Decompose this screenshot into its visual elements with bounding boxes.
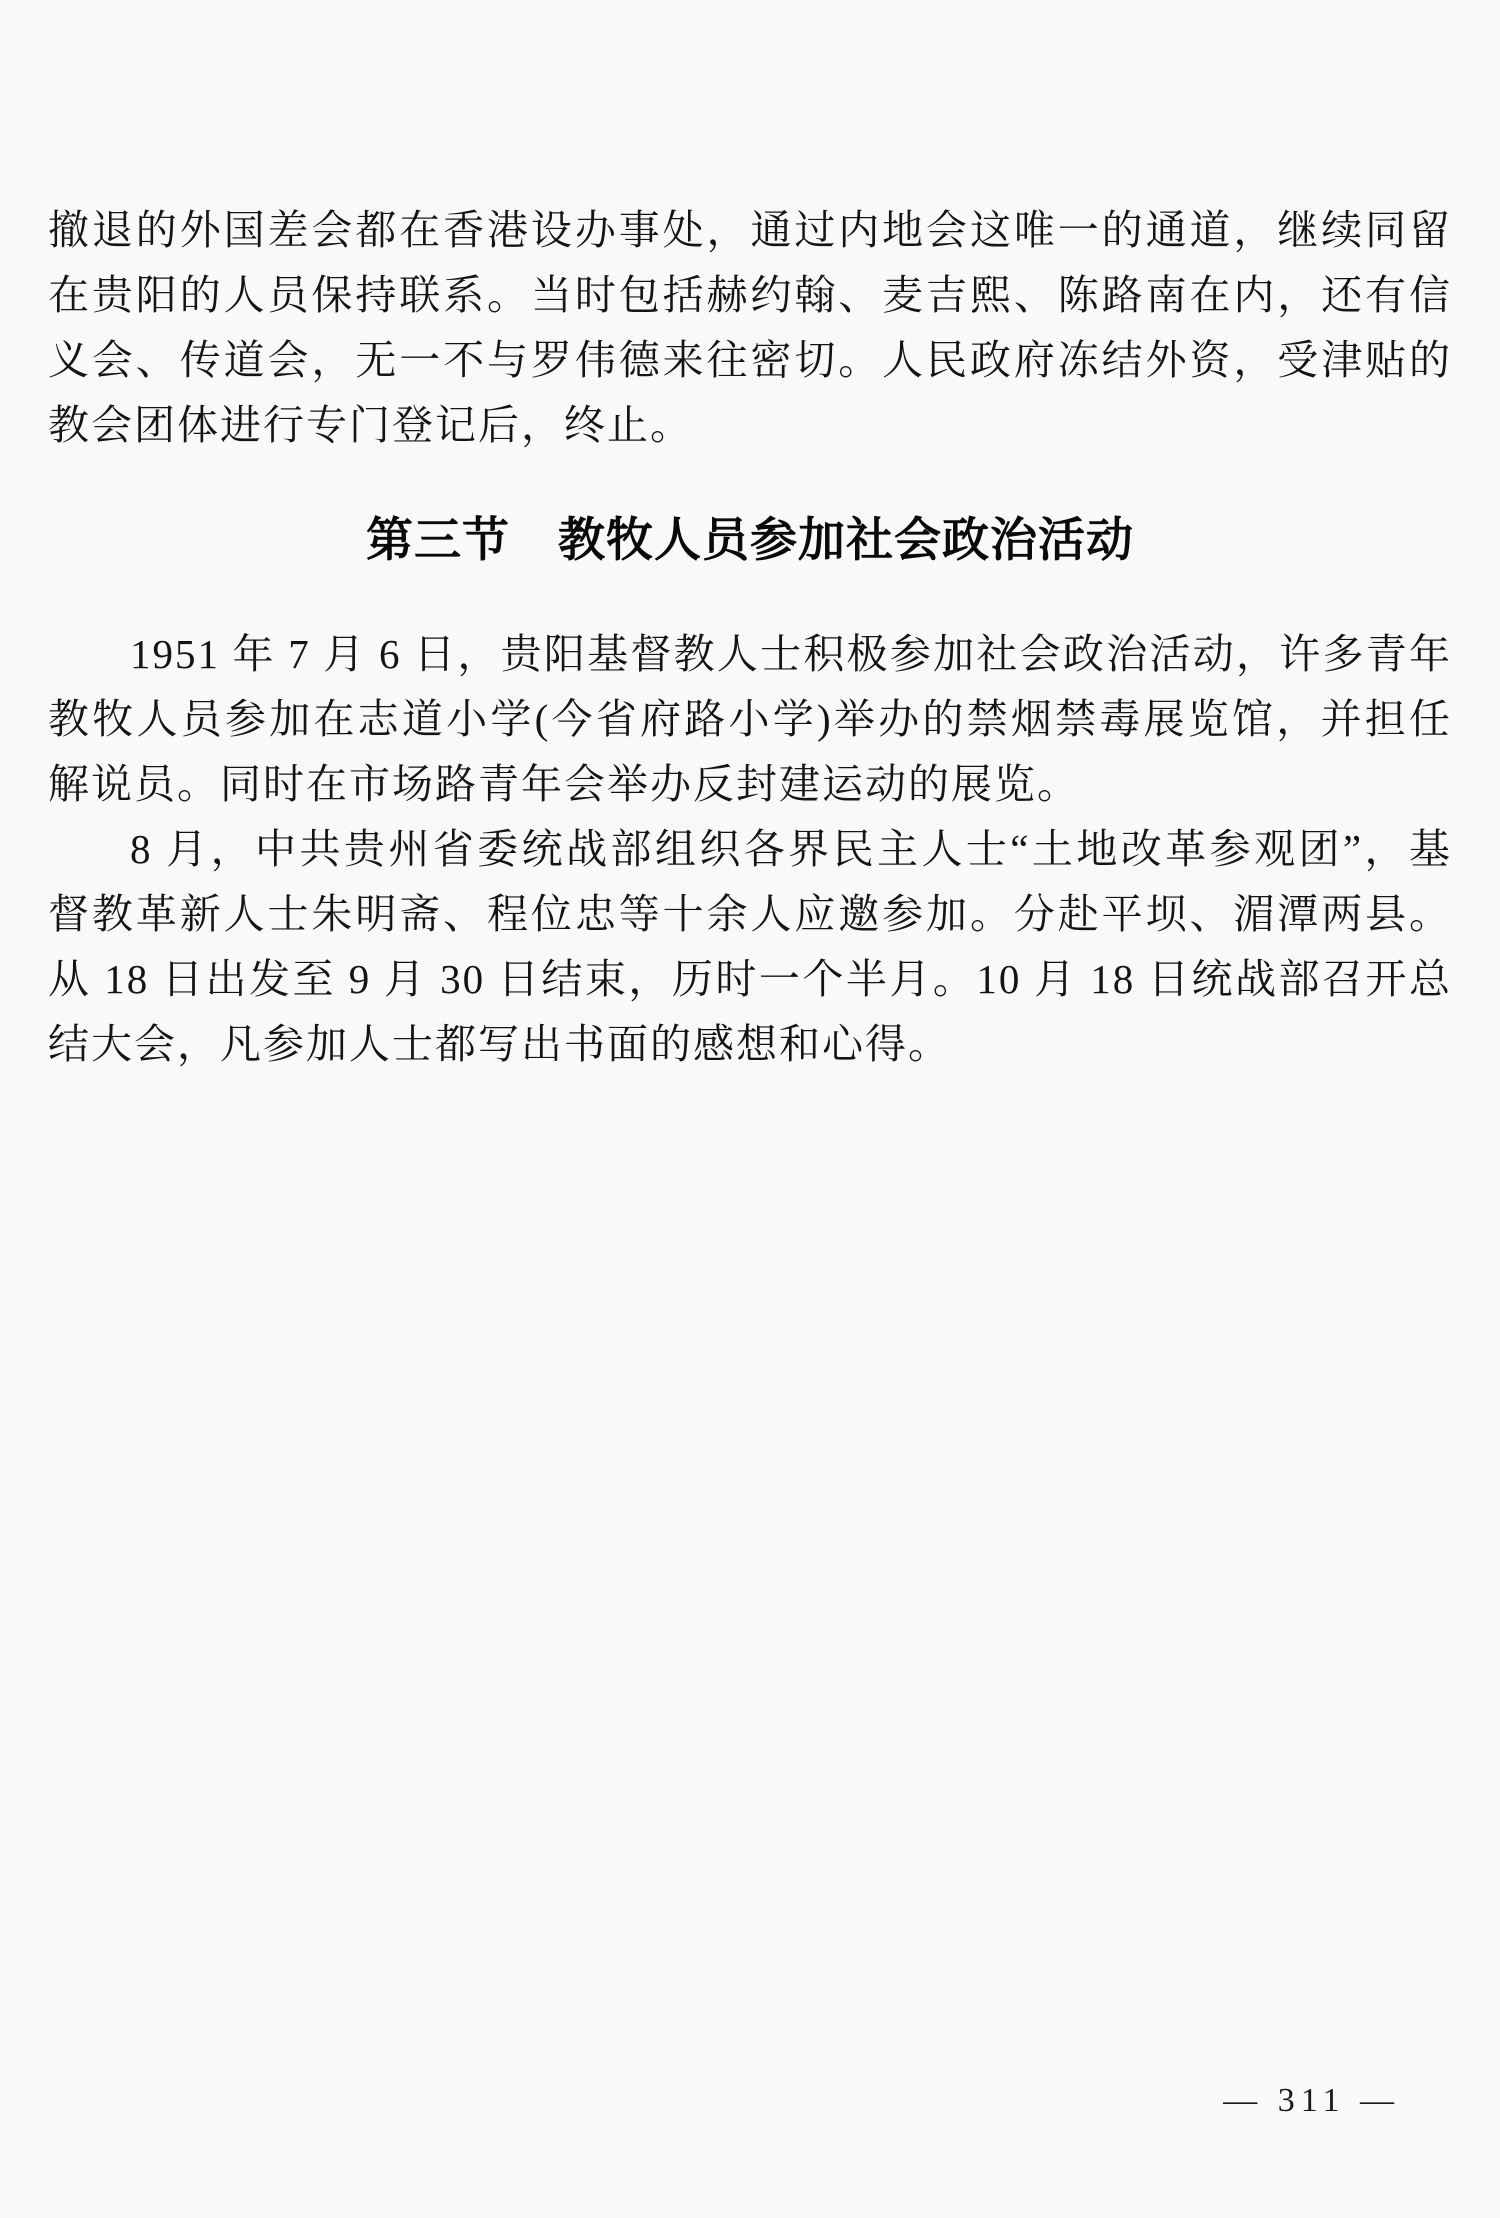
section-heading: 第三节 教牧人员参加社会政治活动: [48, 512, 1452, 568]
page-number: — 311 —: [1223, 2082, 1400, 2120]
paragraph-2: 8 月，中共贵州省委统战部组织各界民主人士“土地改革参观团”，基督教革新人士朱明…: [48, 817, 1452, 1077]
paragraph-1: 1951 年 7 月 6 日，贵阳基督教人士积极参加社会政治活动，许多青年教牧人…: [48, 622, 1452, 817]
intro-paragraph: 撤退的外国差会都在香港设办事处，通过内地会这唯一的通道，继续同留在贵阳的人员保持…: [48, 198, 1452, 458]
text-column: 撤退的外国差会都在香港设办事处，通过内地会这唯一的通道，继续同留在贵阳的人员保持…: [48, 198, 1452, 1077]
book-page: { "page": { "background_color": "#fbf9f8…: [0, 0, 1500, 2218]
